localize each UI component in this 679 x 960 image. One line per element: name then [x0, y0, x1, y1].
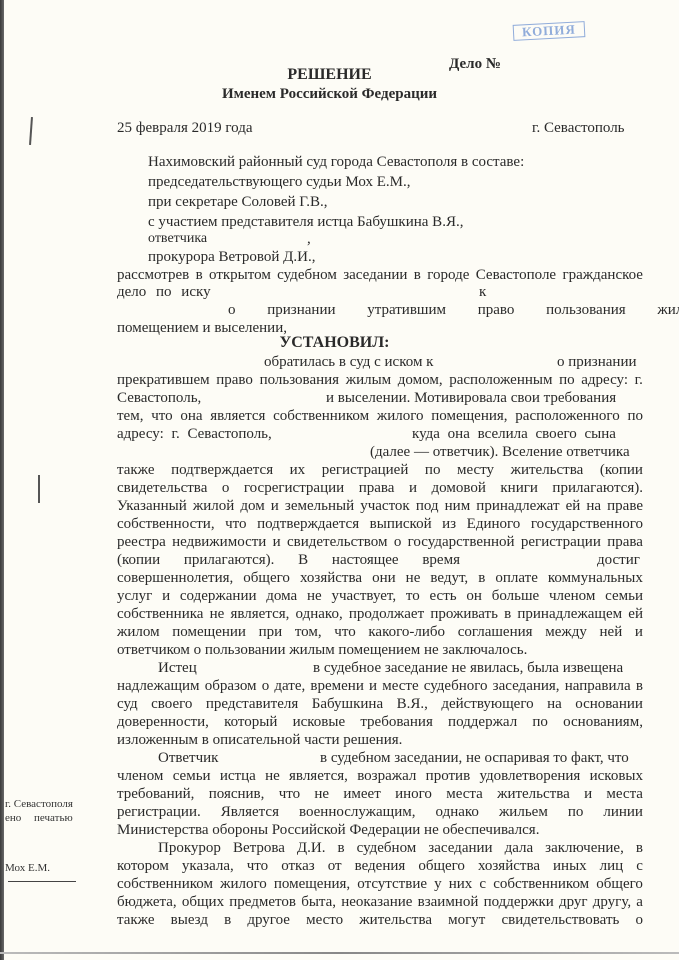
word: лиц	[600, 857, 624, 875]
word: основании	[575, 695, 643, 713]
word: месте	[382, 677, 418, 695]
word: бюджета,	[117, 893, 177, 911]
body-line: прекратившемправопользованияжилымдомом,р…	[117, 371, 643, 389]
word: взаимной	[418, 893, 479, 911]
body-line: в судебное заседание не явилась, была из…	[313, 659, 623, 677]
copy-stamp: КОПИЯ	[513, 21, 586, 41]
word: семьи	[605, 587, 643, 605]
word: однако	[436, 803, 479, 821]
word: дома	[266, 587, 297, 605]
word: является,	[289, 767, 348, 785]
word: открытом	[209, 266, 271, 284]
word: пользования	[260, 371, 340, 389]
court-composition-line: при секретаре Соловей Г.В.,	[148, 193, 328, 211]
word: против	[426, 767, 471, 785]
word: и	[409, 479, 417, 497]
body-line: (далее — ответчик). Вселение ответчика	[370, 443, 630, 461]
word: своего	[151, 695, 192, 713]
decision-city: г. Севастополь	[532, 120, 625, 137]
body-line: Истец	[158, 659, 197, 677]
word: под	[416, 497, 439, 515]
word: прилагаются).	[552, 479, 643, 497]
body-line: надлежащимобразомодате,временииместесуде…	[117, 677, 643, 695]
word: основаниям,	[563, 713, 643, 731]
word: больше	[492, 587, 539, 605]
word: отказ	[281, 857, 315, 875]
body-line: собственниканеявляется,однако,продолжает…	[117, 605, 643, 623]
word: с	[479, 875, 486, 893]
word: семьи	[173, 767, 211, 785]
word: регистрации.	[117, 803, 201, 821]
word: не	[406, 569, 421, 587]
word: принадлежат	[476, 497, 559, 515]
court-composition-line: Нахимовский районный суд города Севастоп…	[148, 153, 524, 171]
word: требования	[360, 713, 433, 731]
word: участок	[360, 497, 410, 515]
word: коммунальных	[548, 569, 643, 587]
word: о	[222, 479, 230, 497]
word: надлежащим	[117, 677, 200, 695]
word: он	[466, 587, 482, 605]
word: по	[627, 407, 643, 425]
word: помещения,	[274, 875, 350, 893]
word: том,	[295, 623, 322, 641]
word: иного	[395, 785, 432, 803]
word: жилого	[220, 875, 267, 893]
body-line: и выселении. Мотивировала свои требовани…	[326, 389, 616, 407]
word: о	[262, 677, 270, 695]
word: расположенного	[515, 407, 619, 425]
body-line: такжеподтверждаетсяихрегистрациейпоместу…	[117, 461, 643, 479]
word: действующего	[441, 695, 533, 713]
word: образом	[205, 677, 257, 695]
word: иных	[553, 857, 587, 875]
word: дом	[240, 497, 264, 515]
word: домовой	[432, 479, 486, 497]
word: ей	[628, 605, 643, 623]
word: собственником	[117, 875, 213, 893]
word: свидетельствовать	[502, 911, 620, 929]
body-line: которомуказала,чтоотказотведенияобщегохо…	[117, 857, 643, 875]
word: недвижимости	[172, 533, 266, 551]
word: времени	[310, 677, 363, 695]
word: пояснив,	[209, 785, 265, 803]
word: соглашения	[458, 623, 533, 641]
body-line: членомсемьиистцанеявляется,возражалпроти…	[117, 767, 643, 785]
word: г.	[635, 371, 643, 389]
intro-line: дело по иску	[117, 283, 211, 301]
word: ведут,	[430, 569, 468, 587]
word: В.Я.,	[397, 695, 428, 713]
word: ней	[600, 623, 623, 641]
body-line: собственникомжилогопомещения,отсутствиеу…	[117, 875, 643, 893]
word: ей	[566, 497, 581, 515]
word: свидетельством	[287, 533, 388, 551]
body-line: Ответчик	[158, 749, 218, 767]
word: судебном	[357, 839, 417, 857]
word: неоказание	[341, 893, 412, 911]
intro-line: рассмотреввоткрытомсудебномзаседаниивгор…	[117, 266, 643, 284]
court-composition-line: прокурора Ветровой Д.И.,	[148, 248, 315, 266]
section-heading: УСТАНОВИЛ:	[0, 334, 674, 352]
word: участвует,	[331, 587, 396, 605]
word: заседании	[428, 839, 492, 857]
word: по	[532, 713, 548, 731]
word: доверенности,	[117, 713, 209, 731]
document-subtitle: Именем Российской Федерации	[0, 86, 669, 103]
body-line: свидетельстваогосрегистрацииправаидомово…	[117, 479, 643, 497]
body-line: ПрокурорВетроваД.И.всудебномзаседаниидал…	[158, 839, 643, 857]
word: Указанный	[117, 497, 187, 515]
word: между	[545, 623, 587, 641]
word: Д.И.	[297, 839, 326, 857]
word: который	[224, 713, 277, 731]
word: другое	[247, 911, 290, 929]
word: Прокурор	[158, 839, 221, 857]
word: и	[369, 677, 377, 695]
word: них	[449, 875, 473, 893]
word: и	[271, 497, 279, 515]
word: городе	[427, 266, 469, 284]
body-line: собственности,чтоподтверждаетсявыпискойи…	[117, 515, 643, 533]
word: месту	[457, 461, 494, 479]
word: и	[635, 623, 643, 641]
word: однако,	[296, 605, 343, 623]
word: свидетельства	[117, 479, 207, 497]
signature-line	[8, 881, 76, 882]
word: в	[414, 266, 421, 284]
word: совершеннолетия,	[117, 569, 233, 587]
word: жилым	[346, 371, 391, 389]
word: заключение,	[545, 839, 624, 857]
word: места	[606, 785, 643, 803]
court-composition-line: с участием представителя истца Бабушкина…	[148, 213, 463, 231]
word: по	[425, 461, 441, 479]
word: в	[196, 266, 203, 284]
word: по	[559, 371, 575, 389]
word: собственником	[273, 407, 369, 425]
word: услуг	[117, 587, 152, 605]
word: в	[504, 605, 511, 623]
word: помещении	[172, 623, 246, 641]
word: указала,	[182, 857, 234, 875]
word: котором	[117, 857, 169, 875]
word: собственником	[493, 875, 589, 893]
word: собственности,	[117, 515, 215, 533]
body-line: жиломпомещениипритом,чтокакого-либосогла…	[117, 623, 643, 641]
word: какого-либо	[368, 623, 445, 641]
word: хозяйства	[300, 569, 362, 587]
word: в	[636, 677, 643, 695]
word: военнослужащим,	[299, 803, 416, 821]
word: прекратившем	[117, 371, 210, 389]
word: государственного	[531, 515, 643, 533]
body-line: такжевыездвдругоеместожительствамогутсви…	[117, 911, 643, 929]
word: в	[636, 839, 643, 857]
body-line: (копии прилагаются). В настоящее время	[117, 551, 460, 569]
word: что	[225, 515, 246, 533]
word: исковые	[293, 713, 346, 731]
word: общего	[243, 569, 290, 587]
word: возражал	[357, 767, 416, 785]
word: о	[394, 533, 402, 551]
court-composition-line: ответчика	[148, 230, 207, 248]
word: они	[372, 569, 396, 587]
word: государственной	[408, 533, 515, 551]
word: Бабушкина	[312, 695, 383, 713]
word: места	[446, 785, 483, 803]
body-line: требований,пояснив,чтонеимеетиногоместаж…	[117, 785, 643, 803]
margin-pen-mark	[29, 117, 32, 145]
word: линии	[603, 803, 643, 821]
word: и	[162, 587, 170, 605]
word: гражданское	[562, 266, 643, 284]
word: и	[584, 785, 592, 803]
word: представителя	[206, 695, 298, 713]
body-line: о признании	[557, 353, 637, 371]
word: жительства	[511, 461, 584, 479]
body-line: ответчиком о пользовании жилым помещение…	[117, 641, 527, 659]
word: ним	[445, 497, 471, 515]
word: подтверждается	[171, 461, 273, 479]
word: регистрации	[521, 533, 601, 551]
page-binding-edge	[0, 0, 4, 960]
word: адресу:	[581, 371, 628, 389]
word: направила	[565, 677, 631, 695]
intro-line: к	[479, 283, 486, 301]
word: поддержал	[448, 713, 517, 731]
word: в	[338, 839, 345, 857]
word: на	[547, 695, 562, 713]
word: содержании	[180, 587, 257, 605]
word: предметов	[229, 893, 296, 911]
margin-note-line: ено печатью	[5, 812, 73, 824]
word: оплате	[495, 569, 538, 587]
word: Ветрова	[233, 839, 285, 857]
body-line: услугисодержаниидоманеучаствует,тоестьон…	[117, 587, 643, 605]
word: от	[328, 857, 342, 875]
word: могут	[448, 911, 485, 929]
word: есть	[430, 587, 457, 605]
word: помещения,	[431, 407, 507, 425]
word: общего	[596, 875, 643, 893]
word: поддержки	[484, 893, 554, 911]
word: право	[216, 371, 253, 389]
word: реестра	[117, 533, 166, 551]
word: судебного	[424, 677, 488, 695]
word: является	[210, 407, 265, 425]
word: права	[607, 533, 643, 551]
word: по	[568, 803, 584, 821]
word: о	[636, 911, 644, 929]
word: что	[334, 623, 355, 641]
decision-date: 25 февраля 2019 года	[117, 120, 253, 137]
word: не	[314, 785, 329, 803]
document-title: РЕШЕНИЕ	[0, 66, 669, 84]
word: госрегистрации	[244, 479, 344, 497]
word: жилом	[117, 623, 160, 641]
word: суд	[117, 695, 138, 713]
body-line: обратилась в суд с иском к	[264, 353, 433, 371]
word: домом,	[398, 371, 443, 389]
body-line: реестранедвижимостиисвидетельствомогосуд…	[117, 533, 643, 551]
word: выезд	[171, 911, 208, 929]
word: их	[290, 461, 306, 479]
word: рассмотрев	[117, 266, 189, 284]
body-line: доверенности,которыйисковыетребованияпод…	[117, 713, 643, 731]
word: Севастополе	[476, 266, 556, 284]
word: жительства	[359, 911, 432, 929]
word: судебном	[277, 266, 337, 284]
word: и	[273, 533, 281, 551]
word: праве	[607, 497, 643, 515]
word: жильем	[499, 803, 548, 821]
word: что	[247, 857, 268, 875]
word: также	[117, 911, 155, 929]
body-line: куда она вселила своего сына	[412, 425, 616, 443]
word: общих	[182, 893, 224, 911]
word: жительства	[497, 785, 570, 803]
body-line: адресу: г. Севастополь,	[117, 425, 272, 443]
word: у	[434, 875, 442, 893]
word: ведения	[355, 857, 406, 875]
word: расположенным	[449, 371, 552, 389]
word: продолжает	[349, 605, 424, 623]
word: истца	[220, 767, 256, 785]
word: не	[210, 605, 225, 623]
word: что	[279, 785, 300, 803]
word: из	[442, 515, 456, 533]
body-line: достиг	[597, 551, 640, 569]
body-line: Министерства обороны Российской Федераци…	[117, 821, 539, 839]
word: членом	[117, 767, 163, 785]
word: требований,	[117, 785, 194, 803]
word: заседания,	[493, 677, 560, 695]
word: членом	[549, 587, 595, 605]
word: является,	[231, 605, 290, 623]
intro-line: о признании утратившим право пользования…	[228, 301, 679, 319]
body-line: Севастополь,	[117, 389, 201, 407]
word: книги	[500, 479, 538, 497]
word: друг	[559, 893, 588, 911]
word: тем,	[117, 407, 143, 425]
word: имеет	[343, 785, 380, 803]
court-composition-comma: ,	[307, 230, 311, 248]
margin-pen-mark	[38, 475, 40, 503]
body-line: Указанныйжилойдомиземельныйучастокподним…	[117, 497, 643, 515]
word: собственника	[117, 605, 203, 623]
word: заседании	[343, 266, 407, 284]
word: подтверждается	[257, 515, 359, 533]
body-line: изложенным в описательной части решения.	[117, 731, 402, 749]
word: место	[306, 911, 343, 929]
word: жилой	[193, 497, 234, 515]
word: принадлежащем	[517, 605, 622, 623]
word: другу,	[593, 893, 631, 911]
word: быта,	[301, 893, 336, 911]
word: в	[224, 911, 231, 929]
court-composition-line: председательствующего судьи Мох Е.М.,	[148, 173, 410, 191]
word: Единого	[467, 515, 521, 533]
word: а	[636, 893, 643, 911]
word: также	[117, 461, 155, 479]
word: дате,	[274, 677, 305, 695]
word: выпиской	[370, 515, 432, 533]
word: хозяйства	[478, 857, 540, 875]
word: удовлетворения	[479, 767, 580, 785]
word: (копии	[600, 461, 643, 479]
word: дала	[505, 839, 534, 857]
word: с	[636, 857, 643, 875]
body-line: судсвоегопредставителяБабушкинаВ.Я.,дейс…	[117, 695, 643, 713]
body-line: бюджета,общихпредметовбыта,неоказаниевза…	[117, 893, 643, 911]
margin-note-signature: Мох Е.М.	[5, 862, 50, 874]
body-line: тем,чтоонаявляетсясобственникомжилогопом…	[117, 407, 643, 425]
body-line: регистрации.Являетсявоеннослужащим,однак…	[117, 803, 643, 821]
word: она	[180, 407, 202, 425]
word: не	[307, 587, 322, 605]
word: права	[359, 479, 395, 497]
word: в	[478, 569, 485, 587]
word: общего	[418, 857, 465, 875]
word: регистрацией	[322, 461, 409, 479]
word: Является	[221, 803, 279, 821]
word: отсутствие	[357, 875, 427, 893]
word: то	[406, 587, 420, 605]
page-bottom-edge	[0, 952, 679, 954]
word: земельный	[285, 497, 354, 515]
word: на	[586, 497, 601, 515]
word: жилого	[377, 407, 424, 425]
word: что	[151, 407, 172, 425]
body-line: в судебном заседании, не оспаривая то фа…	[320, 749, 629, 767]
word: при	[259, 623, 283, 641]
word: исковых	[590, 767, 643, 785]
body-line: совершеннолетия,общегохозяйстваониневеду…	[117, 569, 643, 587]
word: не	[265, 767, 280, 785]
word: проживать	[430, 605, 498, 623]
margin-note-line: г. Севастополя	[5, 798, 73, 810]
